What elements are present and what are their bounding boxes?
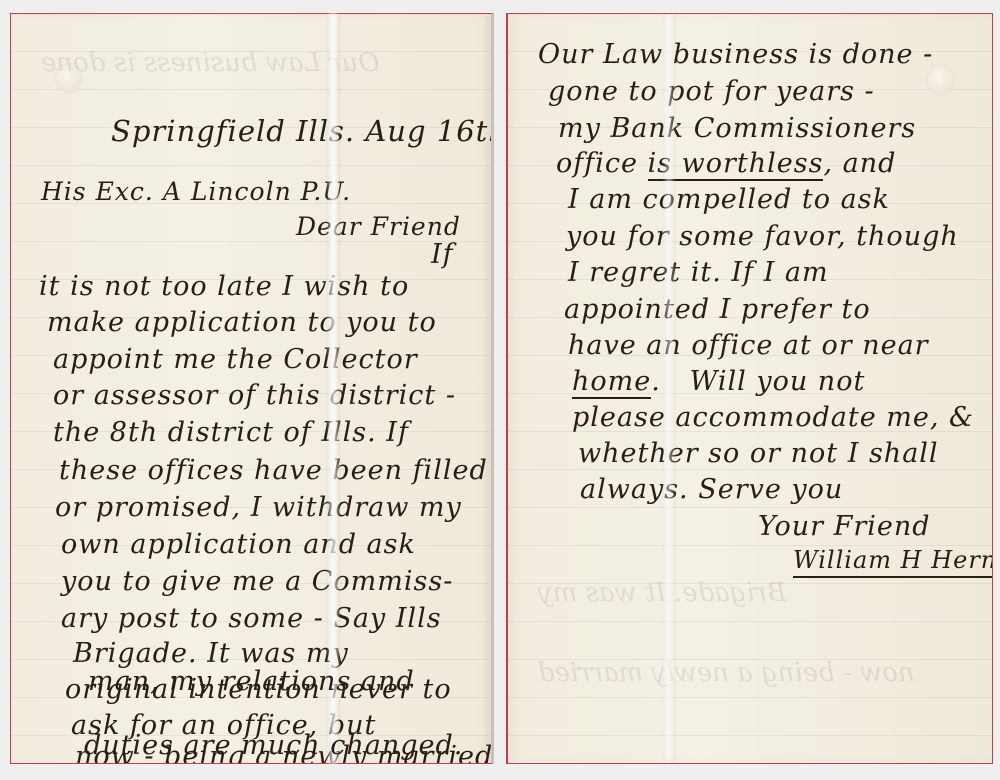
body-line: man, my relations and [88,666,415,697]
body-line: you to give me a Commiss- [61,566,453,597]
body-line: it is not too late I wish to [39,271,409,302]
body-line: have an office at or near [568,330,929,361]
body-line: office is worthless, and [556,148,896,179]
body-line: I regret it. If I am [568,257,829,288]
text-fragment: , and [823,148,896,179]
closing: Your Friend [758,511,931,542]
dateline: Springfield Ills. Aug 16th 62 [111,114,494,148]
body-line: whether so or not I shall [578,438,939,469]
body-line: I am compelled to ask [568,184,890,215]
embossed-stamp [928,66,954,94]
body-line: If [431,239,454,270]
underlined-text: is worthless [648,148,824,181]
letter-page-right: Brigade. It was my now - being a newly m… [506,13,993,764]
body-line: own application and ask [61,529,416,560]
bleed-through-text: Our Law business is done [41,44,380,82]
body-line: gone to pot for years - [548,76,875,107]
body-line: appointed I prefer to [564,294,871,325]
body-line: duties are much changed. [84,730,463,761]
text-fragment: . Will you not [651,366,865,397]
bleed-through-text: now - being a newly married [538,654,915,692]
letter-page-left: Our Law business is done Springfield Ill… [10,13,494,764]
signature: William H Herndon [793,546,993,578]
body-line: always. Serve you [580,474,843,505]
body-line: my Bank Commissioners [558,113,916,144]
body-line: please accommodate me, & [572,402,974,433]
body-line: or assessor of this district - [53,380,456,411]
text-fragment: office [556,148,648,179]
body-line: Brigade. It was my [73,638,349,669]
body-line: or promised, I withdraw my [55,492,462,523]
body-line: appoint me the Collector [53,344,418,375]
body-line: Our Law business is done - [538,39,933,70]
body-line: these offices have been filled [59,455,488,486]
body-line: home. Will you not [572,366,865,397]
underlined-text: home [572,366,651,399]
bleed-through-text: Brigade. It was my [538,574,786,612]
body-line: ary post to some - Say Ills [61,603,442,634]
body-line: the 8th district of Ills. If [53,417,409,448]
salutation: Dear Friend [296,212,461,241]
body-line: make application to you to [47,307,437,338]
body-line: you for some favor, though [566,221,959,252]
addressee: His Exc. A Lincoln P.U. [41,177,351,206]
